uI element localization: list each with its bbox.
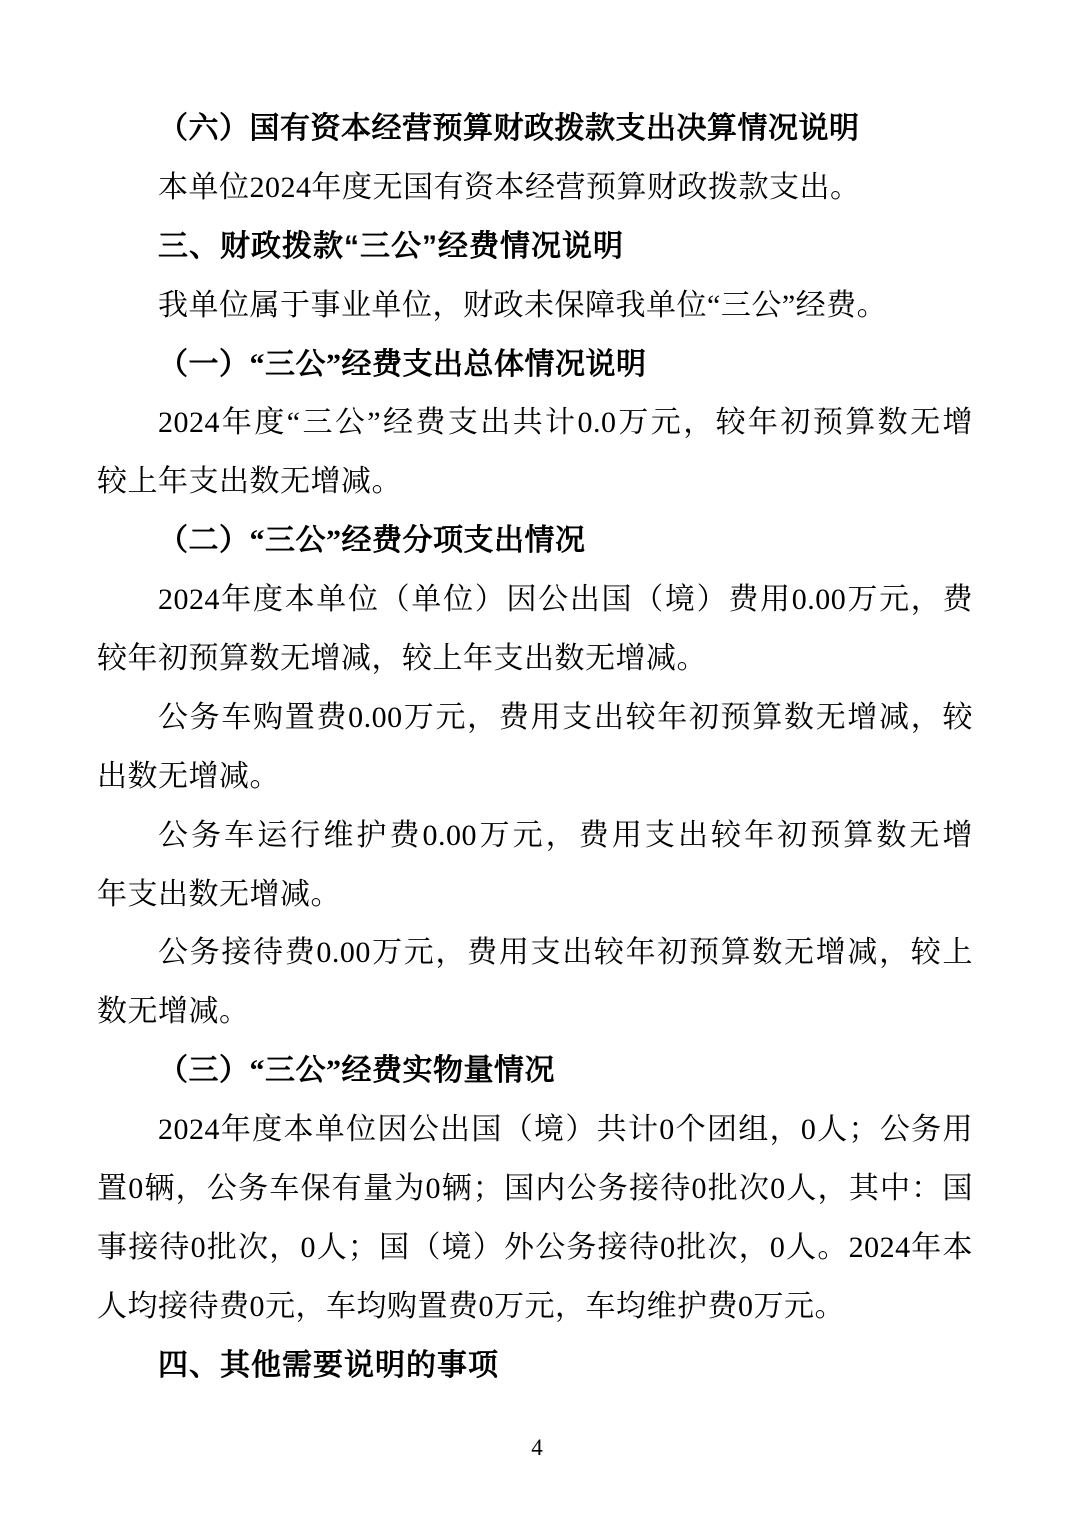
- body-line-physical-quantity-4: 人均接待费0元，车均购置费0万元，车均维护费0万元。: [97, 1278, 973, 1337]
- heading-physical-quantity: （三）“三公”经费实物量情况: [97, 1042, 973, 1101]
- body-line-total-expenditure-2: 较上年支出数无增减。: [97, 453, 973, 512]
- body-line-official-reception-1: 公务接待费0.00万元，费用支出较年初预算数无增减，较上年支出: [97, 924, 973, 983]
- body-line-vehicle-maintenance-1: 公务车运行维护费0.00万元，费用支出较年初预算数无增减，较上: [97, 807, 973, 866]
- body-line-physical-quantity-3: 事接待0批次，0人；国（境）外公务接待0批次，0人。2024年本单位: [97, 1219, 973, 1278]
- body-line-institution-not-guaranteed: 我单位属于事业单位，财政未保障我单位“三公”经费。: [97, 277, 973, 336]
- body-line-official-reception-2: 数无增减。: [97, 983, 973, 1042]
- heading-itemized-expenditure: （二）“三公”经费分项支出情况: [97, 512, 973, 571]
- heading-section-4-other-matters: 四、其他需要说明的事项: [97, 1337, 973, 1396]
- heading-state-capital-budget-expenditure: （六）国有资本经营预算财政拨款支出决算情况说明: [97, 100, 973, 159]
- heading-overall-expenditure: （一）“三公”经费支出总体情况说明: [97, 336, 973, 395]
- page-number: 4: [531, 1435, 543, 1460]
- body-line-overseas-travel-1: 2024年度本单位（单位）因公出国（境）费用0.00万元，费用支出: [97, 571, 973, 630]
- body-line-overseas-travel-2: 较年初预算数无增减，较上年支出数无增减。: [97, 630, 973, 689]
- heading-section-3-three-public-funds: 三、财政拨款“三公”经费情况说明: [97, 218, 973, 277]
- document-page: （六）国有资本经营预算财政拨款支出决算情况说明 本单位2024年度无国有资本经营…: [0, 0, 1074, 1520]
- body-line-physical-quantity-2: 置0辆，公务车保有量为0辆；国内公务接待0批次0人，其中：国内外: [97, 1160, 973, 1219]
- body-line-vehicle-maintenance-2: 年支出数无增减。: [97, 866, 973, 925]
- body-line-vehicle-purchase-2: 出数无增减。: [97, 748, 973, 807]
- body-line-no-state-capital-expenditure: 本单位2024年度无国有资本经营预算财政拨款支出。: [97, 159, 973, 218]
- document-body: （六）国有资本经营预算财政拨款支出决算情况说明 本单位2024年度无国有资本经营…: [97, 100, 973, 1396]
- body-line-physical-quantity-1: 2024年度本单位因公出国（境）共计0个团组，0人；公务用车购: [97, 1101, 973, 1160]
- body-line-total-expenditure-1: 2024年度“三公”经费支出共计0.0万元，较年初预算数无增减，: [97, 394, 973, 453]
- body-line-vehicle-purchase-1: 公务车购置费0.00万元，费用支出较年初预算数无增减，较上年支: [97, 689, 973, 748]
- page-footer: 4: [0, 1432, 1074, 1464]
